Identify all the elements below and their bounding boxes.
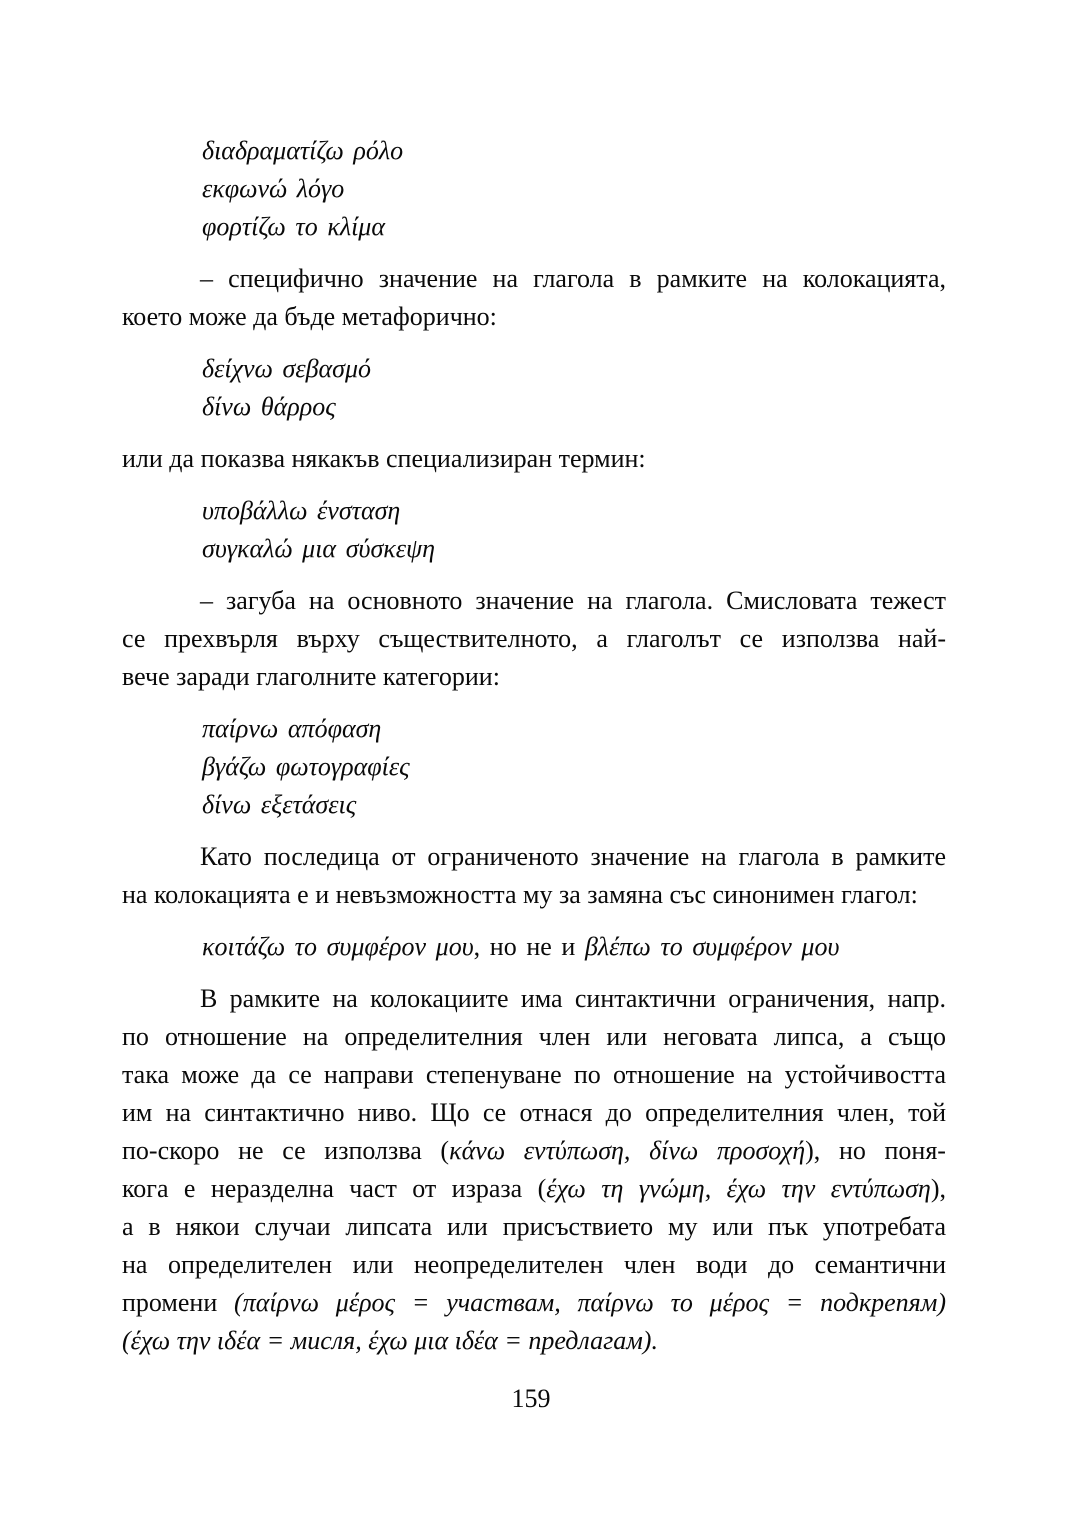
text-run: έχω τη γνώμη, έχω την εντύπωση — [546, 1174, 931, 1203]
page-number: 159 — [0, 1380, 1062, 1418]
paragraph-line: на определителен или неопределителен чле… — [122, 1246, 946, 1284]
greek-line: φορτίζω το κλίμα — [202, 208, 946, 246]
text-run: на определителен или неопределителен чле… — [122, 1250, 946, 1279]
paragraph-line: им на синтактично ниво. Що се отнася до … — [122, 1094, 946, 1132]
paragraph-line: промени (παίρνω μέρος = участвам, παίρνω… — [122, 1284, 946, 1322]
text-run: , но не и — [474, 932, 585, 961]
greek-line: εκφωνώ λόγο — [202, 170, 946, 208]
greek-line: κοιτάζω το συμφέρον μου, но не и βλέπω τ… — [202, 928, 946, 966]
greek-line: υποβάλλω ένσταση — [202, 492, 946, 530]
paragraph-line: – специфично значение на глагола в рамки… — [122, 260, 946, 298]
greek-line: διαδραματίζω ρόλο — [202, 132, 946, 170]
text-run: κοιτάζω το συμφέρον μου — [202, 932, 474, 961]
greek-example-block: κοιτάζω το συμφέρον μου, но не и βλέπω τ… — [122, 928, 946, 966]
text-run: по-скоро не се използва ( — [122, 1136, 449, 1165]
greek-line: παίρνω απόφαση — [202, 710, 946, 748]
text-run: Като последица от ограниченото значение … — [200, 842, 946, 871]
text-run: δείχνω σεβασμό — [202, 354, 371, 383]
text-run: а в някои случаи липсата или присъствиет… — [122, 1212, 946, 1241]
text-run: – загуба на основното значение на глагол… — [200, 586, 946, 615]
greek-line: συγκαλώ μια σύσκεψη — [202, 530, 946, 568]
paragraph-line: а в някои случаи липсата или присъствиет… — [122, 1208, 946, 1246]
text-run: или да показва някакъв специализиран тер… — [122, 444, 646, 473]
paragraph: – специфично значение на глагола в рамки… — [122, 260, 946, 336]
text-run: υποβάλλω ένσταση — [202, 496, 400, 525]
text-run: ), но поня- — [805, 1136, 946, 1165]
paragraph-line: по-скоро не се използва (κάνω εντύπωση, … — [122, 1132, 946, 1170]
text-run: παίρνω απόφαση — [202, 714, 381, 743]
paragraph-line: вече заради глаголните категории: — [122, 658, 946, 696]
greek-example-block: υποβάλλω ένστασησυγκαλώ μια σύσκεψη — [122, 492, 946, 568]
text-run: вече заради глаголните категории: — [122, 662, 500, 691]
text-run: ), — [931, 1174, 946, 1203]
text-run: κάνω εντύπωση, δίνω προσοχή — [449, 1136, 805, 1165]
text-run: δίνω εξετάσεις — [202, 790, 356, 819]
paragraph-line: по отношение на определителния член или … — [122, 1018, 946, 1056]
greek-line: δείχνω σεβασμό — [202, 350, 946, 388]
paragraph-line: се прехвърля върху съществителното, а гл… — [122, 620, 946, 658]
text-run: διαδραματίζω ρόλο — [202, 136, 403, 165]
paragraph-line: Като последица от ограниченото значение … — [122, 838, 946, 876]
paragraph-line: което може да бъде метафорично: — [122, 298, 946, 336]
paragraph-line: – загуба на основното значение на глагол… — [122, 582, 946, 620]
text-run: εκφωνώ λόγο — [202, 174, 344, 203]
text-run: (παίρνω μέρος = участвам, παίρνω το μέρο… — [234, 1288, 946, 1317]
text-run: така може да се направи степенуване по о… — [122, 1060, 946, 1089]
paragraph: В рамките на колокациите има синтактични… — [122, 980, 946, 1360]
text-run: В рамките на колокациите има синтактични… — [200, 984, 946, 1013]
greek-example-block: διαδραματίζω ρόλοεκφωνώ λόγοφορτίζω το κ… — [122, 132, 946, 246]
paragraph-line: В рамките на колокациите има синтактични… — [122, 980, 946, 1018]
paragraph-line: или да показва някакъв специализиран тер… — [122, 440, 946, 478]
greek-line: δίνω εξετάσεις — [202, 786, 946, 824]
text-run: кога е неразделна част от израза ( — [122, 1174, 546, 1203]
paragraph: – загуба на основното значение на глагол… — [122, 582, 946, 696]
text-run: βγάζω φωτογραφίες — [202, 752, 410, 781]
greek-example-block: δείχνω σεβασμόδίνω θάρρος — [122, 350, 946, 426]
paragraph: или да показва някакъв специализиран тер… — [122, 440, 946, 478]
paragraph: Като последица от ограниченото значение … — [122, 838, 946, 914]
paragraph-line: така може да се направи степенуване по о… — [122, 1056, 946, 1094]
book-page: διαδραματίζω ρόλοεκφωνώ λόγοφορτίζω το κ… — [0, 0, 1080, 1530]
text-run: – специфично значение на глагола в рамки… — [200, 264, 946, 293]
text-run: промени — [122, 1288, 234, 1317]
greek-example-block: παίρνω απόφασηβγάζω φωτογραφίεςδίνω εξετ… — [122, 710, 946, 824]
text-run: φορτίζω το κλίμα — [202, 212, 385, 241]
page-content: διαδραματίζω ρόλοεκφωνώ λόγοφορτίζω το κ… — [122, 132, 946, 1360]
text-run: се прехвърля върху съществителното, а гл… — [122, 624, 946, 653]
paragraph-line: кога е неразделна част от израза (έχω τη… — [122, 1170, 946, 1208]
text-run: συγκαλώ μια σύσκεψη — [202, 534, 435, 563]
text-run: на колокацията е и невъзможността му за … — [122, 880, 918, 909]
paragraph-line: на колокацията е и невъзможността му за … — [122, 876, 946, 914]
greek-line: δίνω θάρρος — [202, 388, 946, 426]
text-run: което може да бъде метафорично: — [122, 302, 497, 331]
text-run: δίνω θάρρος — [202, 392, 336, 421]
text-run: по отношение на определителния член или … — [122, 1022, 946, 1051]
text-run: (έχω την ιδέα = мисля, έχω μια ιδέα = пр… — [122, 1326, 658, 1355]
paragraph-line: (έχω την ιδέα = мисля, έχω μια ιδέα = пр… — [122, 1322, 946, 1360]
greek-line: βγάζω φωτογραφίες — [202, 748, 946, 786]
text-run: βλέπω το συμφέρον μου — [585, 932, 839, 961]
text-run: им на синтактично ниво. Що се отнася до … — [122, 1098, 946, 1127]
